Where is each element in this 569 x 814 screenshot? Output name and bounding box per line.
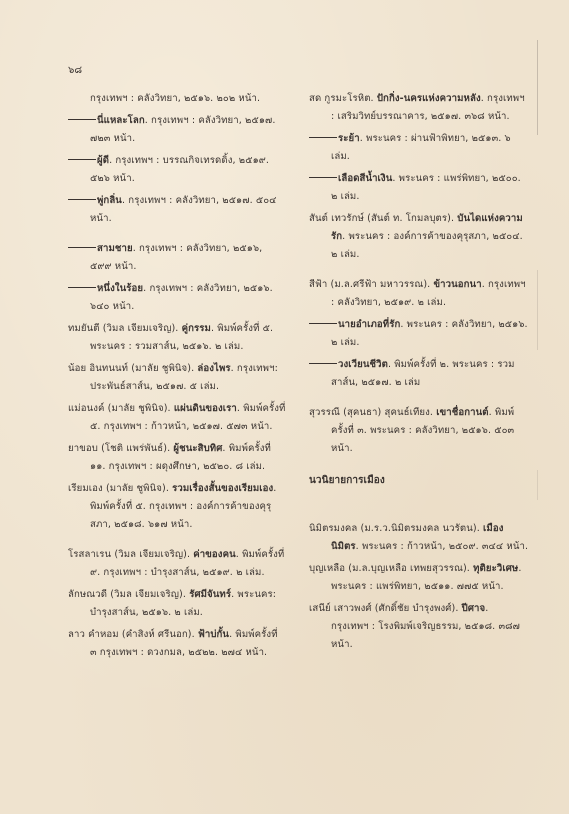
bibliography-entry: วงเวียนชีวิต. พิมพ์ครั้งที่ ๒. พระนคร : …: [309, 356, 529, 392]
entry-title: เขาชื่อกานต์: [436, 407, 488, 418]
section-heading: นวนิยายการเมือง: [309, 472, 529, 490]
entry-author: โรสลาเรน (วิมล เจียมเจริญ).: [68, 549, 193, 560]
bibliography-entry: ระย้า. พระนคร : ผ่านฟ้าพิทยา, ๒๕๑๓. ๖ เล…: [309, 130, 529, 166]
entry-author: สด กูรมะโรหิต.: [309, 93, 377, 104]
entry-title: รวมเรื่องสั้นของเรียมเอง: [172, 483, 273, 494]
repeat-author-dash: [68, 159, 96, 160]
entry-author: ลาว คำหอม (คำสิงห์ ศรีนอก).: [68, 629, 198, 640]
repeat-author-dash: [68, 247, 96, 248]
bibliography-entry: เลือดสีน้ำเงิน. พระนคร : แพร่พิทยา, ๒๕๐๐…: [309, 170, 529, 206]
entry-author: เสนีย์ เสาวพงศ์ (ศักดิ์ชัย บำรุงพงศ์).: [309, 603, 462, 614]
entry-title: ฟ้าบ่กั้น: [198, 629, 229, 640]
page-edge-mark: [537, 40, 538, 135]
bibliography-entry: สันต์ เทวรักษ์ (สันต์ ท. โกมลบุตร). บันไ…: [309, 210, 529, 264]
bibliography-entry: นายอำเภอที่รัก. พระนคร : คลังวิทยา, ๒๕๑๖…: [309, 316, 529, 352]
bibliography-entry: ผู้ดี. กรุงเทพฯ : บรรณกิจเทรดดิ้ง, ๒๕๑๙.…: [68, 152, 286, 188]
bibliography-entry: น้อย อินทนนท์ (มาลัย ชูพินิจ). ล่องไพร. …: [68, 360, 286, 396]
bibliography-entry: พู่กลิ่น. กรุงเทพฯ : คลังวิทยา, ๒๕๑๗. ๕๐…: [68, 192, 286, 228]
entry-author: ลักษณวดี (วิมล เจียมเจริญ).: [68, 589, 189, 600]
bibliography-entry: สีฟ้า (ม.ล.ศรีฟ้า มหาวรรณ). ข้าวนอกนา. ก…: [309, 276, 529, 312]
entry-author: น้อย อินทนนท์ (มาลัย ชูพินิจ).: [68, 363, 197, 374]
entry-author: ยาขอบ (โชติ แพร่พันธ์).: [68, 443, 173, 454]
entry-title: พู่กลิ่น: [97, 195, 122, 206]
bibliography-entry: นี่แหละโลก. กรุงเทพฯ : คลังวิทยา, ๒๕๑๗. …: [68, 112, 286, 148]
repeat-author-dash: [309, 363, 337, 364]
entry-title: ข้าวนอกนา: [433, 279, 481, 290]
bibliography-entry: บุญเหลือ (ม.ล.บุญเหลือ เทพยสุวรรณ). ทุติ…: [309, 560, 529, 596]
entry-title: ล่องไพร: [197, 363, 230, 374]
entry-title: นี่แหละโลก: [97, 115, 145, 126]
entry-title: ทุติยะวิเศษ: [473, 563, 518, 574]
entry-author: เรียมเอง (มาลัย ชูพินิจ).: [68, 483, 172, 494]
bibliography-entry: หนึ่งในร้อย. กรุงเทพฯ : คลังวิทยา, ๒๕๑๖.…: [68, 280, 286, 316]
entry-title: นายอำเภอที่รัก: [338, 319, 400, 330]
bibliography-entry: นิมิตรมงคล (ม.ร.ว.นิมิตรมงคล นวรัตน). เม…: [309, 520, 529, 556]
entry-title: หนึ่งในร้อย: [97, 283, 143, 294]
entry-publication: กรุงเทพฯ : คลังวิทยา, ๒๕๑๖. ๒๐๒ หน้า.: [90, 93, 260, 104]
entry-title: รัศมีจันทร์: [189, 589, 231, 600]
bibliography-entry: เสนีย์ เสาวพงศ์ (ศักดิ์ชัย บำรุงพงศ์). ป…: [309, 600, 529, 654]
entry-title: คู่กรรม: [182, 323, 211, 334]
bibliography-entry: สุวรรณี (สุคนธา) สุคนธ์เทียง. เขาชื่อกาน…: [309, 404, 529, 458]
entry-title: ผู้ดี: [97, 155, 109, 166]
book-page: ๖๘ กรุงเทพฯ : คลังวิทยา, ๒๕๑๖. ๒๐๒ หน้า.…: [0, 0, 569, 814]
entry-title: วงเวียนชีวิต: [338, 359, 388, 370]
right-column: สด กูรมะโรหิต. ปักกิ่ง-นครแห่งความหลัง. …: [309, 90, 529, 658]
repeat-author-dash: [68, 119, 96, 120]
entry-title: เลือดสีน้ำเงิน: [338, 173, 392, 184]
entry-publication: . พระนคร : องค์การค้าของคุรุสภา, ๒๕๐๔. ๒…: [331, 231, 523, 260]
bibliography-entry: กรุงเทพฯ : คลังวิทยา, ๒๕๑๖. ๒๐๒ หน้า.: [68, 90, 286, 108]
entry-author: สันต์ เทวรักษ์ (สันต์ ท. โกมลบุตร).: [309, 213, 457, 224]
entry-publication: . กรุงเทพฯ : บรรณกิจเทรดดิ้ง, ๒๕๑๙. ๕๒๖ …: [90, 155, 269, 184]
bibliography-entry: สด กูรมะโรหิต. ปักกิ่ง-นครแห่งความหลัง. …: [309, 90, 529, 126]
entry-author: แม่อนงค์ (มาลัย ชูพินิจ).: [68, 403, 174, 414]
entry-title: ระย้า: [338, 133, 360, 144]
page-edge-mark: [537, 470, 538, 500]
bibliography-entry: แม่อนงค์ (มาลัย ชูพินิจ). แผ่นดินของเรา.…: [68, 400, 286, 436]
repeat-author-dash: [309, 137, 337, 138]
entry-title: สามชาย: [97, 243, 133, 254]
bibliography-entry: โรสลาเรน (วิมล เจียมเจริญ). ค่าของคน. พิ…: [68, 546, 286, 582]
entry-author: ทมยันตี (วิมล เจียมเจริญ).: [68, 323, 182, 334]
bibliography-entry: ยาขอบ (โชติ แพร่พันธ์). ผู้ชนะสิบทิศ. พิ…: [68, 440, 286, 476]
entry-title: ปักกิ่ง-นครแห่งความหลัง: [377, 93, 481, 104]
page-edge-mark: [537, 270, 538, 350]
bibliography-entry: เรียมเอง (มาลัย ชูพินิจ). รวมเรื่องสั้นข…: [68, 480, 286, 534]
entry-title: แผ่นดินของเรา: [174, 403, 237, 414]
repeat-author-dash: [309, 323, 337, 324]
entry-title: ค่าของคน: [193, 549, 236, 560]
left-column: กรุงเทพฯ : คลังวิทยา, ๒๕๑๖. ๒๐๒ หน้า. นี…: [68, 90, 286, 666]
bibliography-entry: ทมยันตี (วิมล เจียมเจริญ). คู่กรรม. พิมพ…: [68, 320, 286, 356]
repeat-author-dash: [309, 177, 337, 178]
repeat-author-dash: [68, 199, 96, 200]
entry-author: นิมิตรมงคล (ม.ร.ว.นิมิตรมงคล นวรัตน).: [309, 523, 483, 534]
page-number: ๖๘: [68, 63, 82, 78]
bibliography-entry: ลาว คำหอม (คำสิงห์ ศรีนอก). ฟ้าบ่กั้น. พ…: [68, 626, 286, 662]
entry-author: บุญเหลือ (ม.ล.บุญเหลือ เทพยสุวรรณ).: [309, 563, 473, 574]
entry-title: ผู้ชนะสิบทิศ: [173, 443, 222, 454]
entry-author: สีฟ้า (ม.ล.ศรีฟ้า มหาวรรณ).: [309, 279, 433, 290]
entry-title: ปีศาจ: [462, 603, 486, 614]
entry-author: สุวรรณี (สุคนธา) สุคนธ์เทียง.: [309, 407, 436, 418]
bibliography-entry: สามชาย. กรุงเทพฯ : คลังวิทยา, ๒๕๑๖, ๕๙๙ …: [68, 240, 286, 276]
bibliography-entry: ลักษณวดี (วิมล เจียมเจริญ). รัศมีจันทร์.…: [68, 586, 286, 622]
repeat-author-dash: [68, 287, 96, 288]
entry-publication: . พระนคร : ก้าวหน้า, ๒๕๐๙. ๓๔๔ หน้า.: [356, 541, 528, 552]
